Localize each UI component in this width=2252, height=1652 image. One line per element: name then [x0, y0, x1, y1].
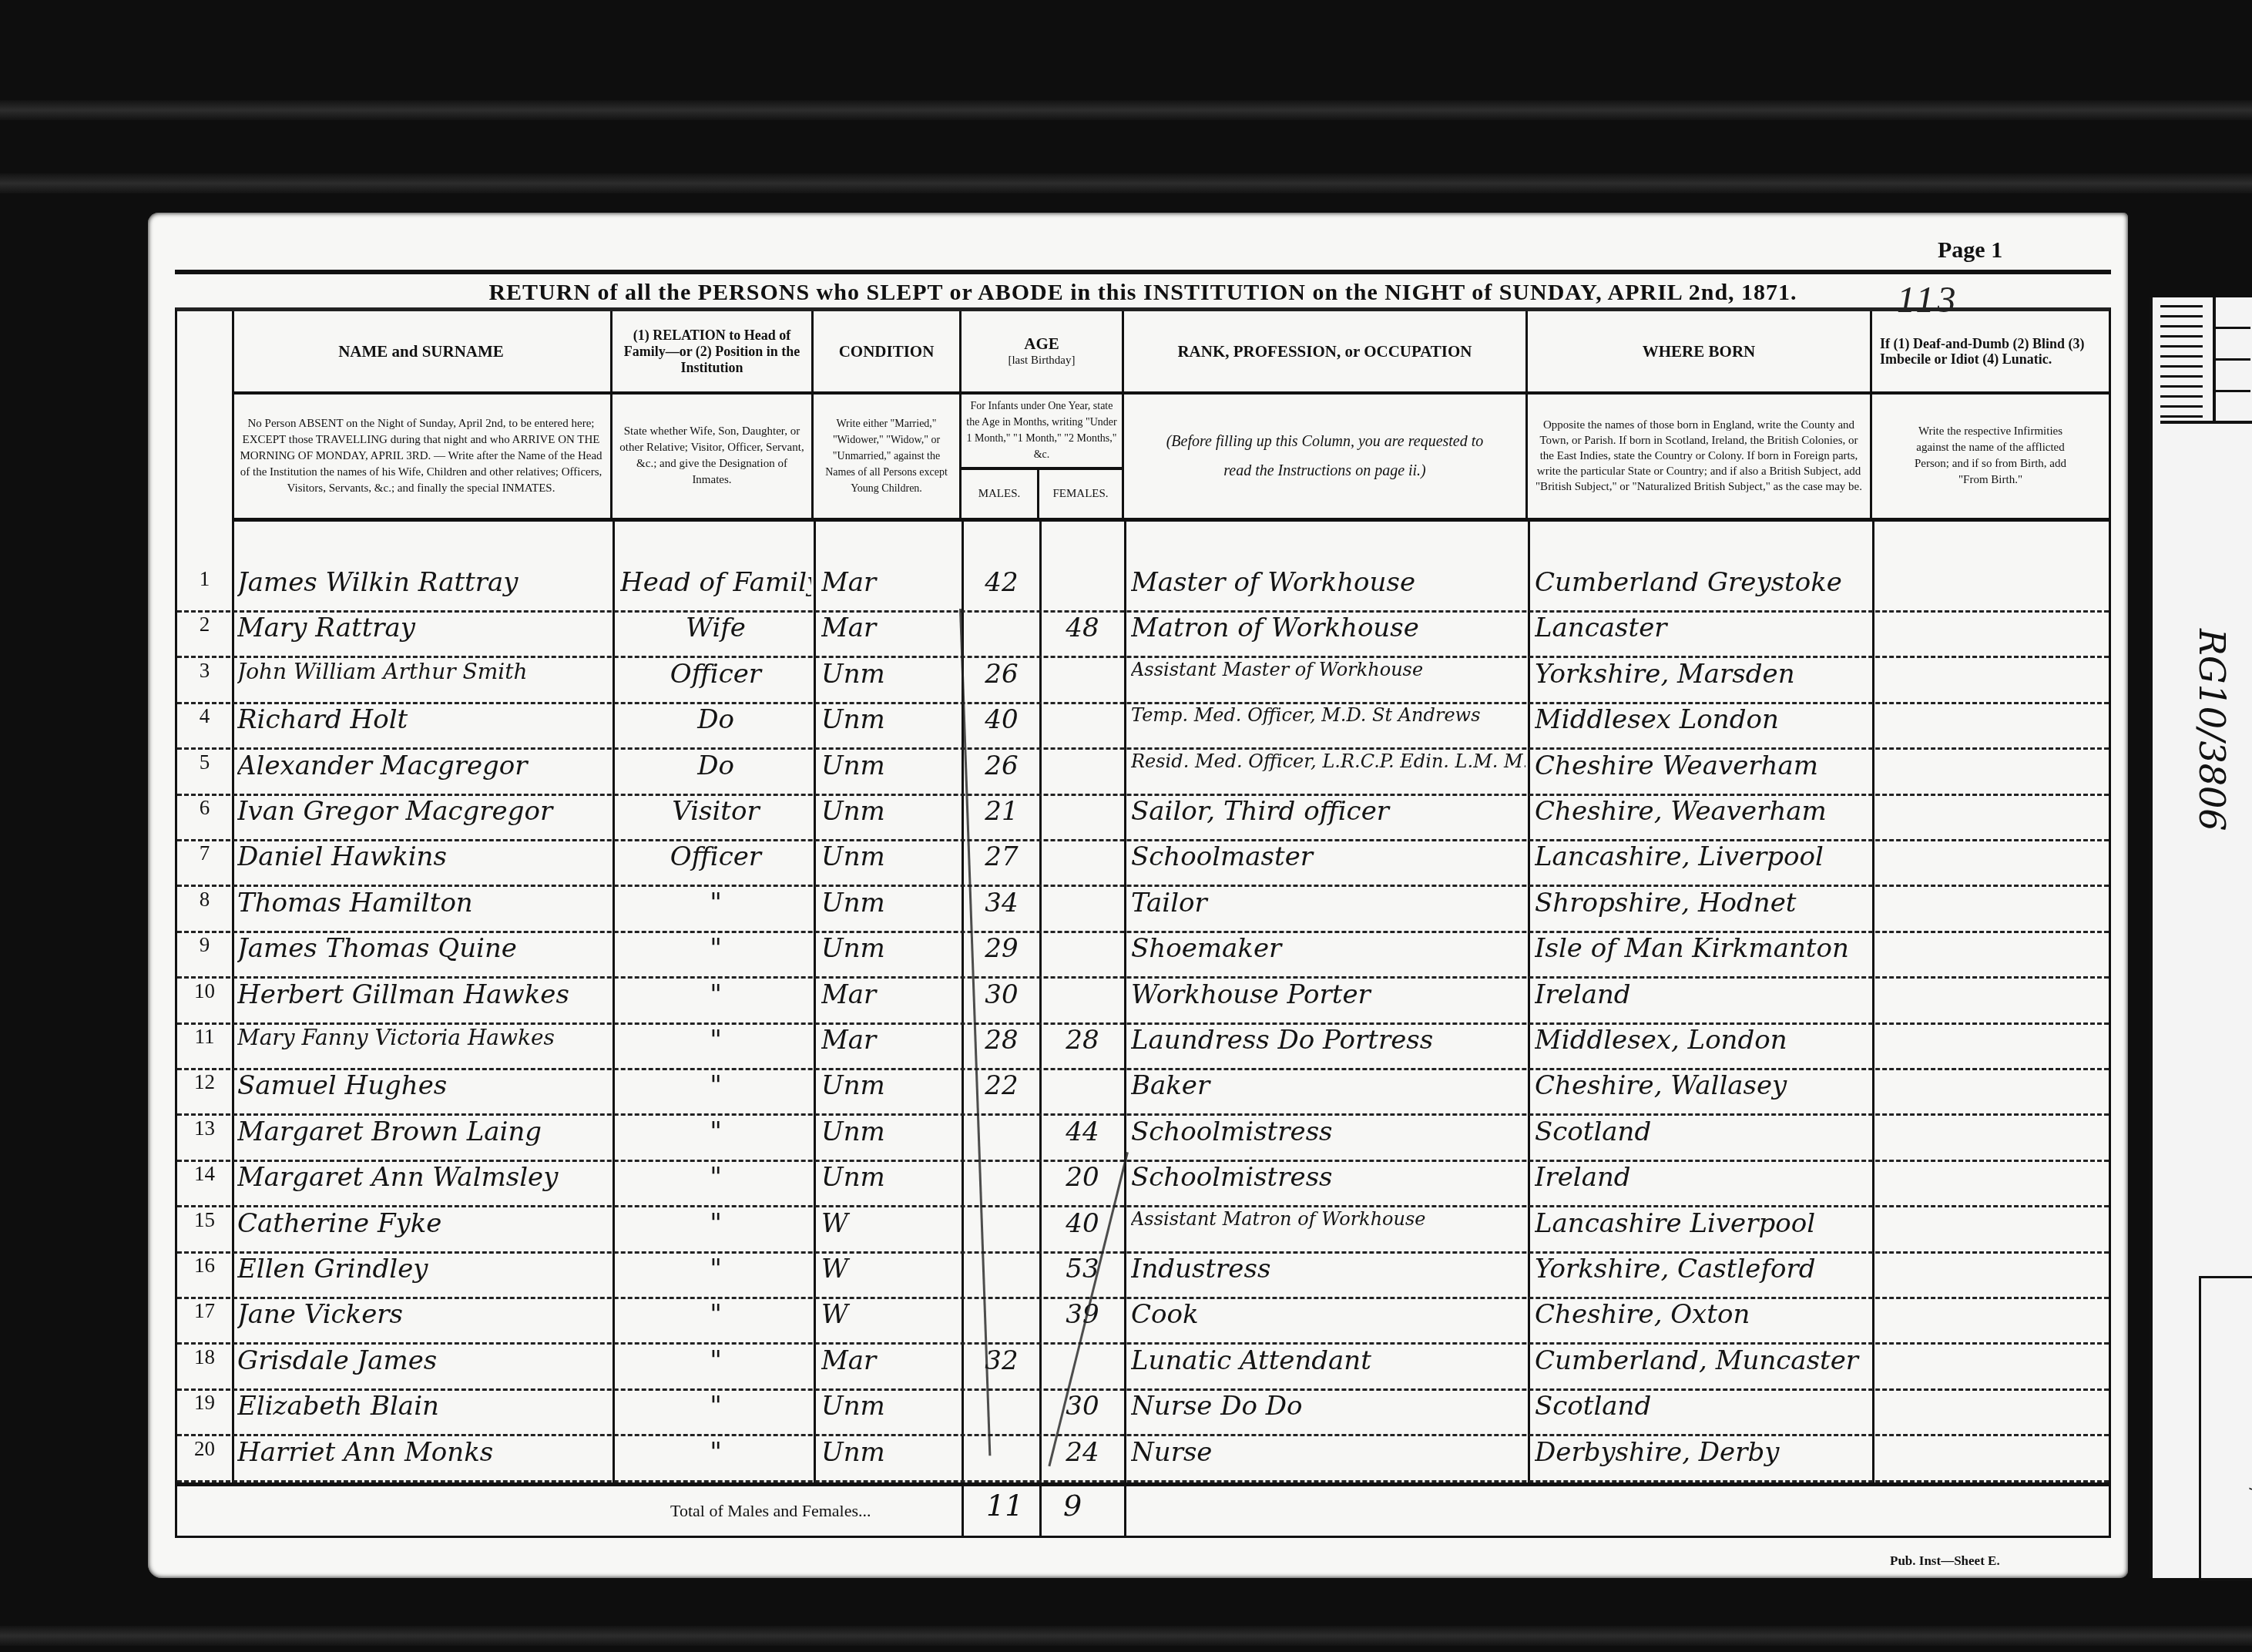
census-table: NAME and SURNAME (1) RELATION to Head of… — [175, 307, 2111, 1538]
cell-name: Elizabeth Blain — [237, 1391, 611, 1436]
cell-where-born: Ireland — [1535, 1162, 1871, 1207]
cell-relation: " — [620, 1162, 811, 1207]
cell-where-born: Cheshire Weaverham — [1535, 750, 1871, 796]
cell-relation: " — [620, 1254, 811, 1299]
cell-female-age — [1044, 704, 1121, 750]
cell-relation: Do — [620, 750, 811, 796]
col-header-infirmities: If (1) Deaf-and-Dumb (2) Blind (3) Imbec… — [1872, 311, 2109, 391]
copyright-stamp-text: ALLY WITHOUT PERMISSION OF THE PUBLIC RE… — [2247, 1278, 2252, 1583]
cell-male-age: 26 — [966, 750, 1037, 796]
cell-female-age — [1044, 888, 1121, 933]
col-instructions-where-born: Opposite the names of those born in Engl… — [1528, 395, 1872, 518]
cell-relation: " — [620, 1025, 811, 1070]
cell-infirmity — [1878, 704, 2106, 750]
cell-relation: " — [620, 933, 811, 979]
cell-female-age: 48 — [1044, 613, 1121, 658]
header-bottom-divider — [232, 518, 2111, 522]
cell-n: 2 — [177, 613, 232, 658]
cell-condition: Unm — [821, 1437, 960, 1482]
page-label: Page 1 — [1938, 237, 2002, 264]
cell-where-born: Cumberland Greystoke — [1535, 567, 1871, 613]
age-subheading: [last Birthday] — [1003, 353, 1079, 369]
cell-name: Mary Fanny Victoria Hawkes — [237, 1025, 611, 1070]
table-row: 2Mary RattrayWifeMar48Matron of Workhous… — [177, 613, 2109, 658]
cell-male-age — [966, 1208, 1037, 1254]
cell-occupation: Schoolmistress — [1131, 1116, 1525, 1162]
copyright-stamp: ALLY WITHOUT PERMISSION OF THE PUBLIC RE… — [2199, 1276, 2252, 1581]
cell-name: Grisdale James — [237, 1345, 611, 1391]
cell-female-age — [1044, 1070, 1121, 1116]
col-instructions-name: No Person ABSENT on the Night of Sunday,… — [232, 395, 613, 518]
cell-female-age: 28 — [1044, 1025, 1121, 1070]
cell-condition: Unm — [821, 841, 960, 887]
table-row: 10Herbert Gillman Hawkes"Mar30Workhouse … — [177, 979, 2109, 1025]
cell-male-age — [966, 1437, 1037, 1482]
cell-condition: Unm — [821, 888, 960, 933]
cell-name: Samuel Hughes — [237, 1070, 611, 1116]
scan-band — [0, 173, 2252, 193]
cell-relation: Head of Family — [620, 567, 811, 613]
cell-n: 7 — [177, 841, 232, 887]
cell-occupation: Master of Workhouse — [1131, 567, 1525, 613]
cell-infirmity — [1878, 796, 2106, 841]
cell-female-age — [1044, 933, 1121, 979]
cell-occupation: Assistant Matron of Workhouse — [1131, 1208, 1525, 1254]
cell-occupation: Cook — [1131, 1299, 1525, 1345]
cell-relation: " — [620, 1437, 811, 1482]
cell-name: Jane Vickers — [237, 1299, 611, 1345]
cell-male-age: 32 — [966, 1345, 1037, 1391]
cell-name: Alexander Macgregor — [237, 750, 611, 796]
cell-infirmity — [1878, 1116, 2106, 1162]
cell-female-age — [1044, 750, 1121, 796]
cell-n: 17 — [177, 1299, 232, 1345]
col-header-females: FEMALES. — [1039, 470, 1124, 518]
cell-where-born: Scotland — [1535, 1391, 1871, 1436]
col-instructions-condition: Write either "Married," "Widower," "Wido… — [814, 395, 962, 518]
cell-occupation: Sailor, Third officer — [1131, 796, 1525, 841]
cell-n: 13 — [177, 1116, 232, 1162]
cell-condition: Mar — [821, 567, 960, 613]
cell-where-born: Lancashire, Liverpool — [1535, 841, 1871, 887]
table-row: 19Elizabeth Blain"Unm30Nurse Do DoScotla… — [177, 1391, 2109, 1436]
cell-n: 18 — [177, 1345, 232, 1391]
table-row: 9James Thomas Quine"Unm29ShoemakerIsle o… — [177, 933, 2109, 979]
cell-relation: " — [620, 1345, 811, 1391]
cell-occupation: Laundress Do Portress — [1131, 1025, 1525, 1070]
cell-name: Richard Holt — [237, 704, 611, 750]
archive-strip: RG10/3806 ALLY WITHOUT PERMISSION OF THE… — [2150, 297, 2252, 1578]
col-instructions-relation: State whether Wife, Son, Daughter, or ot… — [613, 395, 814, 518]
cell-infirmity — [1878, 567, 2106, 613]
cell-occupation: Assistant Master of Workhouse — [1131, 659, 1525, 704]
cell-infirmity — [1878, 1437, 2106, 1482]
cell-condition: Mar — [821, 1345, 960, 1391]
cell-infirmity — [1878, 1070, 2106, 1116]
age-heading: AGE — [1024, 334, 1059, 353]
cell-condition: Unm — [821, 1162, 960, 1207]
cell-male-age — [966, 1299, 1037, 1345]
cell-where-born: Middlesex, London — [1535, 1025, 1871, 1070]
cell-occupation: Matron of Workhouse — [1131, 613, 1525, 658]
cell-n: 4 — [177, 704, 232, 750]
cell-infirmity — [1878, 1254, 2106, 1299]
cell-female-age: 44 — [1044, 1116, 1121, 1162]
col-header-occupation: RANK, PROFESSION, or OCCUPATION — [1124, 311, 1528, 391]
cell-condition: Unm — [821, 750, 960, 796]
cell-n: 20 — [177, 1437, 232, 1482]
cell-female-age — [1044, 1345, 1121, 1391]
cell-female-age — [1044, 796, 1121, 841]
cell-n: 5 — [177, 750, 232, 796]
cell-relation: " — [620, 1208, 811, 1254]
cell-infirmity — [1878, 1162, 2106, 1207]
table-row: 14Margaret Ann Walmsley"Unm20Schoolmistr… — [177, 1162, 2109, 1207]
cell-relation: Officer — [620, 659, 811, 704]
cell-infirmity — [1878, 979, 2106, 1025]
cell-occupation: Temp. Med. Officer, M.D. St Andrews — [1131, 704, 1525, 750]
scan-band — [0, 1626, 2252, 1646]
table-row: 13Margaret Brown Laing"Unm44Schoolmistre… — [177, 1116, 2109, 1162]
cell-n: 9 — [177, 933, 232, 979]
col-instructions-occupation: (Before filling up this Column, you are … — [1124, 395, 1528, 518]
col-instructions-age: For Infants under One Year, state the Ag… — [962, 395, 1124, 470]
cell-relation: " — [620, 1391, 811, 1436]
cell-where-born: Ireland — [1535, 979, 1871, 1025]
cell-occupation: Schoolmaster — [1131, 841, 1525, 887]
cell-name: Thomas Hamilton — [237, 888, 611, 933]
cell-where-born: Derbyshire, Derby — [1535, 1437, 1871, 1482]
totals-divider — [177, 1482, 2109, 1486]
cell-n: 14 — [177, 1162, 232, 1207]
cell-n: 16 — [177, 1254, 232, 1299]
cell-condition: Unm — [821, 933, 960, 979]
cell-where-born: Middlesex London — [1535, 704, 1871, 750]
cell-occupation: Shoemaker — [1131, 933, 1525, 979]
col-instructions-infirmities: Write the respective Infirmities against… — [1872, 395, 2109, 518]
cell-female-age: 40 — [1044, 1208, 1121, 1254]
total-males: 11 — [986, 1489, 1023, 1523]
table-row: 11Mary Fanny Victoria Hawkes"Mar2828Laun… — [177, 1025, 2109, 1070]
cell-where-born: Cheshire, Wallasey — [1535, 1070, 1871, 1116]
cell-male-age: 30 — [966, 979, 1037, 1025]
cell-infirmity — [1878, 933, 2106, 979]
cell-occupation: Workhouse Porter — [1131, 979, 1525, 1025]
cell-where-born: Yorkshire, Castleford — [1535, 1254, 1871, 1299]
cell-infirmity — [1878, 1345, 2106, 1391]
cell-male-age — [966, 1254, 1037, 1299]
ruler-scale — [2213, 297, 2250, 421]
form-reference: Pub. Inst—Sheet E. — [1890, 1553, 2000, 1569]
cell-male-age: 34 — [966, 888, 1037, 933]
cell-name: Mary Rattray — [237, 613, 611, 658]
cell-condition: Mar — [821, 1025, 960, 1070]
cell-infirmity — [1878, 1208, 2106, 1254]
totals-label: Total of Males and Females... — [670, 1501, 871, 1521]
cell-condition: W — [821, 1208, 960, 1254]
cell-occupation: Lunatic Attendant — [1131, 1345, 1525, 1391]
col-header-age: AGE [last Birthday] — [962, 311, 1124, 391]
cell-male-age: 21 — [966, 796, 1037, 841]
cell-relation: " — [620, 1070, 811, 1116]
cell-occupation: Baker — [1131, 1070, 1525, 1116]
table-row: 7Daniel HawkinsOfficerUnm27SchoolmasterL… — [177, 841, 2109, 887]
cell-occupation: Schoolmistress — [1131, 1162, 1525, 1207]
table-row: 5Alexander MacgregorDoUnm26Resid. Med. O… — [177, 750, 2109, 796]
col-header-name: NAME and SURNAME — [232, 311, 613, 391]
cell-where-born: Lancashire Liverpool — [1535, 1208, 1871, 1254]
cell-name: Margaret Brown Laing — [237, 1116, 611, 1162]
col-header-males: MALES. — [962, 470, 1039, 518]
cell-n: 19 — [177, 1391, 232, 1436]
cell-condition: Unm — [821, 796, 960, 841]
cell-relation: Do — [620, 704, 811, 750]
cell-n: 12 — [177, 1070, 232, 1116]
cell-relation: " — [620, 979, 811, 1025]
cell-name: Daniel Hawkins — [237, 841, 611, 887]
cell-condition: Unm — [821, 704, 960, 750]
table-row: 4Richard HoltDoUnm40Temp. Med. Officer, … — [177, 704, 2109, 750]
cell-where-born: Cheshire, Weaverham — [1535, 796, 1871, 841]
cell-name: James Wilkin Rattray — [237, 567, 611, 613]
cell-male-age: 40 — [966, 704, 1037, 750]
cell-male-age: 29 — [966, 933, 1037, 979]
cell-occupation: Industress — [1131, 1254, 1525, 1299]
table-row: 6Ivan Gregor MacgregorVisitorUnm21Sailor… — [177, 796, 2109, 841]
scan-band — [0, 100, 2252, 120]
cell-name: Ivan Gregor Macgregor — [237, 796, 611, 841]
table-row: 16Ellen Grindley"W53IndustressYorkshire,… — [177, 1254, 2109, 1299]
cell-n: 1 — [177, 567, 232, 613]
cell-condition: Unm — [821, 1391, 960, 1436]
cell-where-born: Isle of Man Kirkmanton — [1535, 933, 1871, 979]
cell-name: Herbert Gillman Hawkes — [237, 979, 611, 1025]
page-title: RETURN of all the PERSONS who SLEPT or A… — [175, 270, 2111, 312]
cell-name: Harriet Ann Monks — [237, 1437, 611, 1482]
cell-male-age: 27 — [966, 841, 1037, 887]
cell-infirmity — [1878, 888, 2106, 933]
cell-female-age — [1044, 841, 1121, 887]
table-row: 3John William Arthur SmithOfficerUnm26As… — [177, 659, 2109, 704]
cell-relation: Wife — [620, 613, 811, 658]
table-row: 1James Wilkin RattrayHead of FamilyMar42… — [177, 567, 2109, 613]
cell-where-born: Cumberland, Muncaster — [1535, 1345, 1871, 1391]
table-row: 8Thomas Hamilton"Unm34TailorShropshire, … — [177, 888, 2109, 933]
cell-infirmity — [1878, 841, 2106, 887]
cell-condition: W — [821, 1254, 960, 1299]
table-row: 18Grisdale James"Mar32Lunatic AttendantC… — [177, 1345, 2109, 1391]
col-header-where-born: WHERE BORN — [1528, 311, 1872, 391]
cell-infirmity — [1878, 1025, 2106, 1070]
cell-condition: Unm — [821, 1116, 960, 1162]
cell-male-age — [966, 1162, 1037, 1207]
cell-n: 10 — [177, 979, 232, 1025]
stamp-line: PUBLIC RECORD OFFICE, LONDON — [2247, 1278, 2252, 1583]
cell-condition: W — [821, 1299, 960, 1345]
cell-occupation: Nurse Do Do — [1131, 1391, 1525, 1436]
cell-relation: " — [620, 888, 811, 933]
cell-name: John William Arthur Smith — [237, 659, 611, 704]
cell-female-age — [1044, 567, 1121, 613]
cell-infirmity — [1878, 659, 2106, 704]
cell-infirmity — [1878, 613, 2106, 658]
cell-name: Margaret Ann Walmsley — [237, 1162, 611, 1207]
cell-male-age — [966, 613, 1037, 658]
cell-condition: Mar — [821, 613, 960, 658]
cell-male-age — [966, 1391, 1037, 1436]
cell-condition: Mar — [821, 979, 960, 1025]
cell-condition: Unm — [821, 659, 960, 704]
cell-relation: Officer — [620, 841, 811, 887]
cell-female-age: 30 — [1044, 1391, 1121, 1436]
total-females: 9 — [1063, 1489, 1082, 1523]
cell-n: 15 — [177, 1208, 232, 1254]
cell-where-born: Shropshire, Hodnet — [1535, 888, 1871, 933]
cell-name: James Thomas Quine — [237, 933, 611, 979]
cell-relation: " — [620, 1299, 811, 1345]
cell-occupation: Resid. Med. Officer, L.R.C.P. Edin. L.M.… — [1131, 750, 1525, 796]
col-header-relation: (1) RELATION to Head of Family—or (2) Po… — [613, 311, 814, 391]
cell-n: 11 — [177, 1025, 232, 1070]
cell-relation: Visitor — [620, 796, 811, 841]
cell-where-born: Yorkshire, Marsden — [1535, 659, 1871, 704]
cell-female-age: 53 — [1044, 1254, 1121, 1299]
cell-infirmity — [1878, 1299, 2106, 1345]
table-row: 20Harriet Ann Monks"Unm24NurseDerbyshire… — [177, 1437, 2109, 1482]
cell-occupation: Nurse — [1131, 1437, 1525, 1482]
cell-where-born: Cheshire, Oxton — [1535, 1299, 1871, 1345]
cell-name: Ellen Grindley — [237, 1254, 611, 1299]
col-header-condition: CONDITION — [814, 311, 962, 391]
cell-where-born: Scotland — [1535, 1116, 1871, 1162]
cell-relation: " — [620, 1116, 811, 1162]
cell-female-age — [1044, 659, 1121, 704]
cell-n: 6 — [177, 796, 232, 841]
cell-occupation: Tailor — [1131, 888, 1525, 933]
archive-reference: RG10/3806 — [2191, 629, 2233, 831]
cell-male-age: 26 — [966, 659, 1037, 704]
cell-condition: Unm — [821, 1070, 960, 1116]
cell-name: Catherine Fyke — [237, 1208, 611, 1254]
cell-where-born: Lancaster — [1535, 613, 1871, 658]
cell-male-age: 42 — [966, 567, 1037, 613]
table-row: 12Samuel Hughes"Unm22BakerCheshire, Wall… — [177, 1070, 2109, 1116]
table-row: 17Jane Vickers"W39CookCheshire, Oxton — [177, 1299, 2109, 1345]
cell-infirmity — [1878, 750, 2106, 796]
cell-female-age — [1044, 979, 1121, 1025]
cell-female-age: 39 — [1044, 1299, 1121, 1345]
cell-infirmity — [1878, 1391, 2106, 1436]
cell-n: 3 — [177, 659, 232, 704]
cell-n: 8 — [177, 888, 232, 933]
cell-female-age: 20 — [1044, 1162, 1121, 1207]
table-row: 15Catherine Fyke"W40Assistant Matron of … — [177, 1208, 2109, 1254]
